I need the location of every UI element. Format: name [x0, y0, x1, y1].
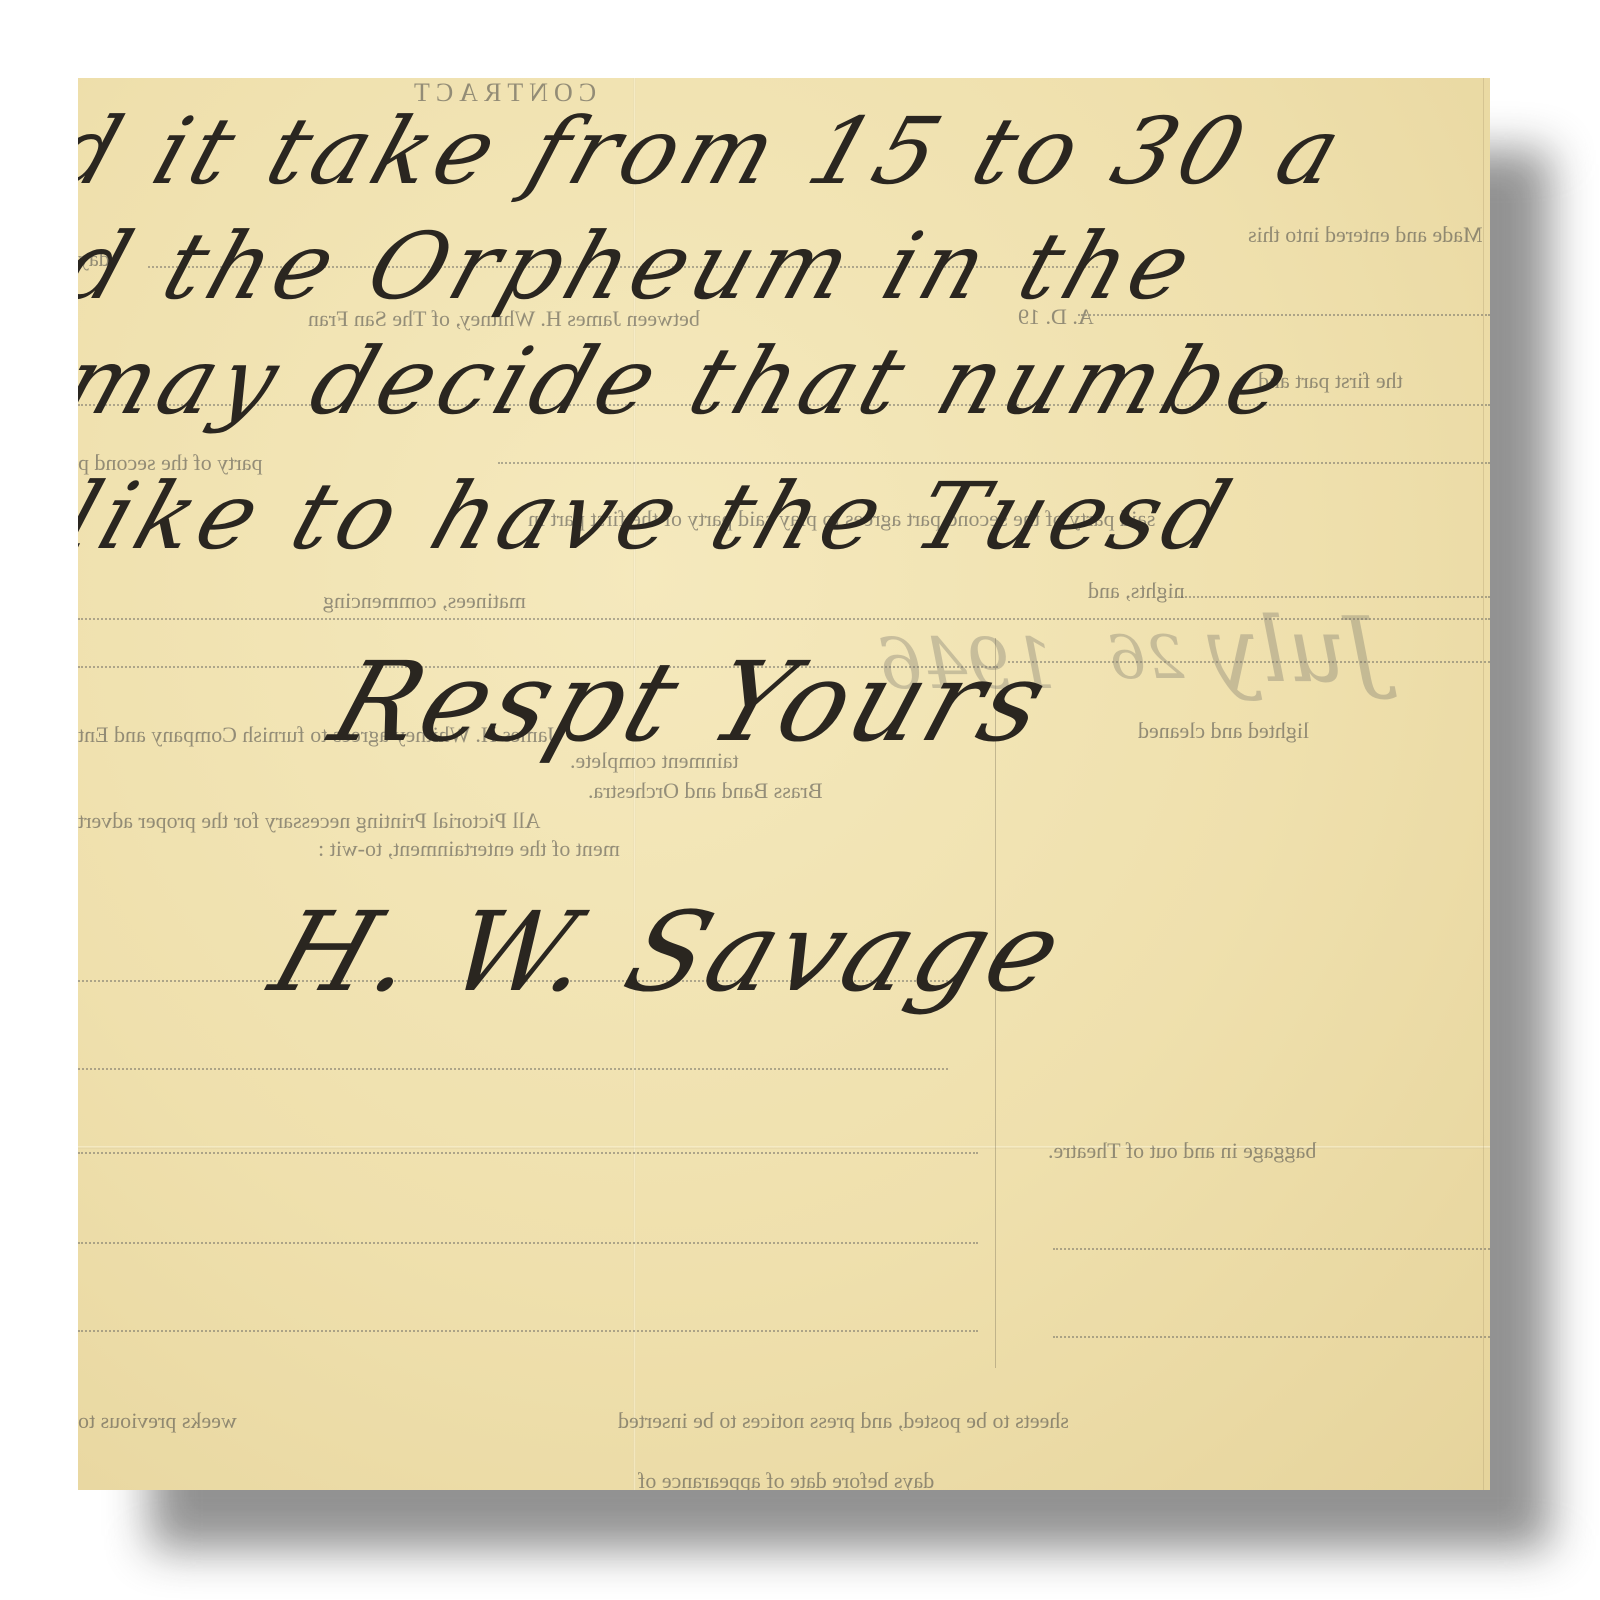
bleed-weeks-previous: weeks previous to	[78, 1408, 237, 1434]
bleed-sheets-posted: sheets to be posted, and press notices t…	[618, 1408, 1069, 1434]
bleed-to-wit: ment of the entertainment, to-wit :	[318, 836, 620, 862]
signature: H. W. Savage	[257, 888, 1080, 1016]
handwriting-line-4: like to have the Tuesd	[78, 463, 1248, 570]
form-dotted-line	[78, 1330, 978, 1332]
ghost-pencil-day: 26	[1108, 623, 1184, 693]
handwriting-line-1: d it take from 15 to 30 a	[78, 98, 1359, 205]
bleed-made-and-entered: Made and entered into this	[1248, 222, 1483, 248]
form-dotted-line	[78, 1152, 978, 1154]
handwriting-line-3: may decide that numbe	[78, 328, 1308, 435]
form-dotted-line	[78, 1242, 978, 1244]
bleed-lighted-cleaned: lighted and cleaned	[1138, 718, 1309, 744]
handwriting-line-2: d the Orpheum in the	[78, 213, 1210, 320]
bleed-baggage: baggage in and out of Theatre.	[1048, 1138, 1316, 1164]
bleed-pictorial-printing: All Pictorial Printing necessary for the…	[78, 808, 540, 834]
bleed-nights: nights, and	[1088, 578, 1185, 604]
form-dotted-line	[1053, 1248, 1490, 1250]
form-dotted-line	[1053, 1336, 1490, 1338]
bleed-brass-band: Brass Band and Orchestra.	[588, 778, 823, 804]
bleed-matinees: matinees, commencing	[323, 588, 526, 614]
letter-page: CONTRACT Made and entered into this day …	[78, 78, 1490, 1490]
form-right-rule	[1483, 78, 1484, 1490]
closing-respt-yours: Respt Yours	[317, 638, 1066, 766]
bleed-days-before: days before date of appearance of	[638, 1468, 934, 1490]
ghost-pencil-july: July	[1208, 598, 1382, 703]
form-dotted-line	[78, 1068, 948, 1070]
